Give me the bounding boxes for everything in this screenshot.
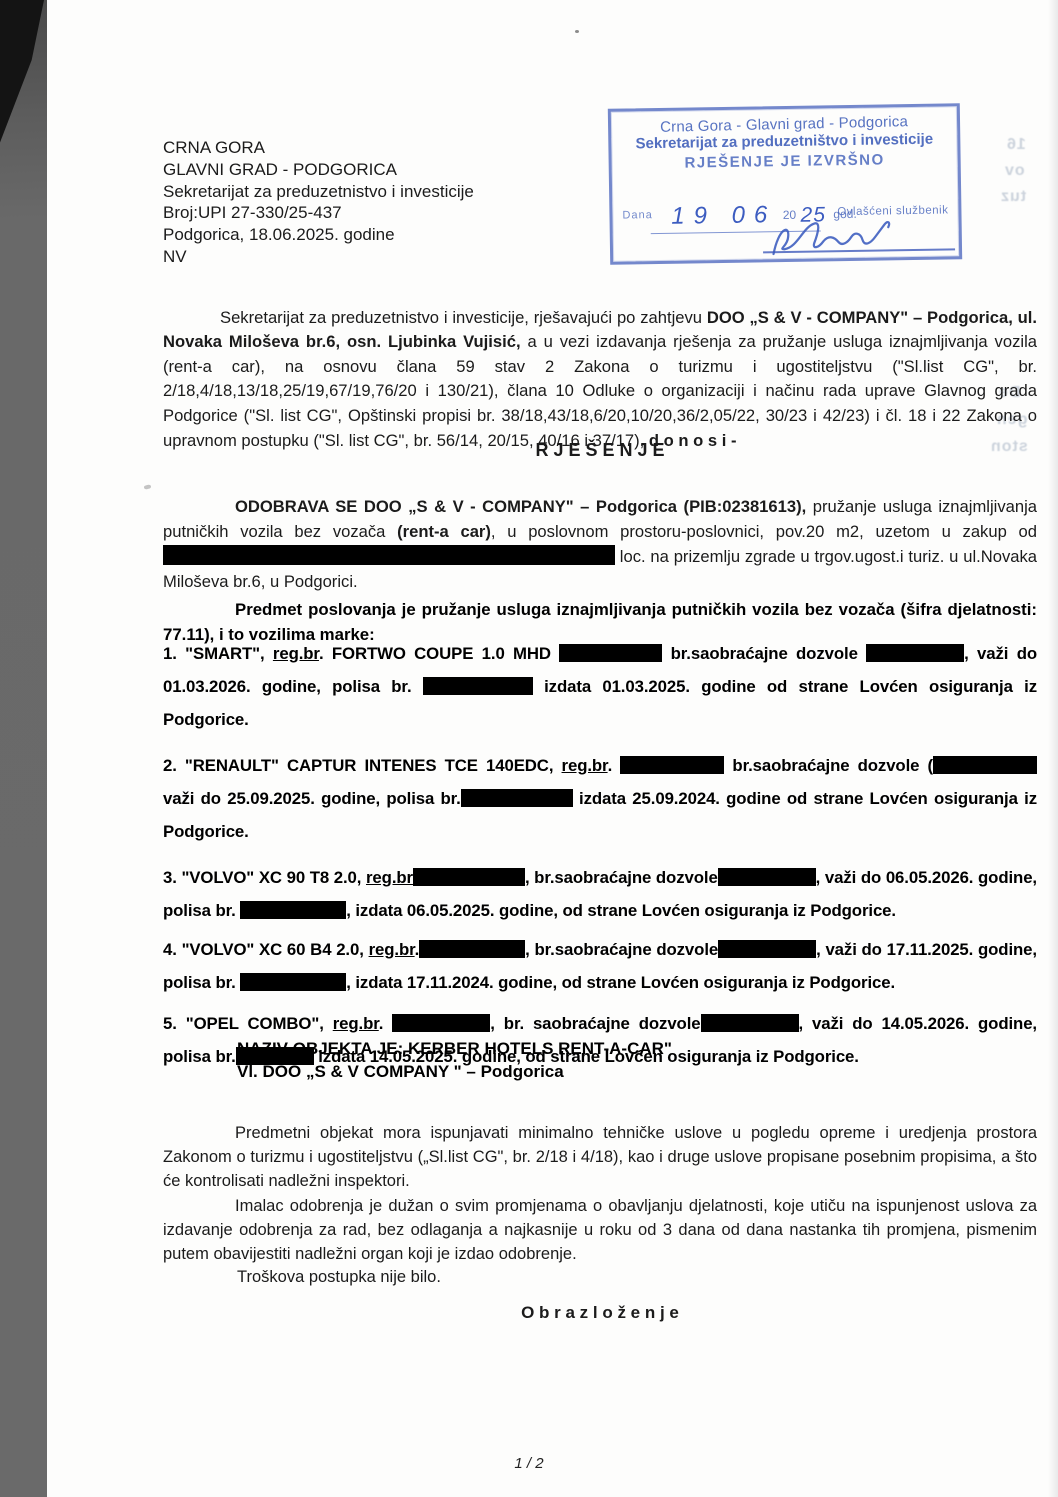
vehicle-item-4: 4. "VOLVO" XC 60 B4 2.0, reg.br., br.sao…	[163, 933, 1037, 999]
text-segment: važi do 25.09.2025. godine, polisa br.	[163, 789, 461, 808]
text-segment: 4. "VOLVO" XC 60 B4 2.0,	[163, 940, 369, 959]
text-segment: , izdata 17.11.2024. godine, od strane L…	[346, 973, 895, 992]
redaction-bar	[461, 789, 573, 807]
letterhead-city: GLAVNI GRAD - PODGORICA	[163, 159, 474, 181]
redaction-bar	[240, 901, 346, 919]
text-segment: , u poslovnom prostoru-poslovnici, pov.2…	[491, 522, 1037, 541]
redaction-bar	[413, 868, 525, 886]
text-segment: .	[379, 1014, 393, 1033]
conditions-paragraphs: Predmetni objekat mora ispunjavati minim…	[163, 1121, 1037, 1266]
letterhead-case-number: Broj:UPI 27-330/25-437	[163, 202, 474, 224]
redaction-bar	[866, 644, 964, 662]
redaction-bar	[701, 1014, 799, 1032]
redaction-bar	[559, 644, 662, 662]
text-segment: , br.saobraćajne dozvole	[525, 868, 718, 887]
object-name-line: NAZIV OBJEKTA JE: KERBER HOTELS RENT-A-C…	[237, 1038, 672, 1061]
text-segment: reg.br	[562, 756, 608, 775]
obrazlozenje-heading: O b r a z l o ž e n j e	[163, 1303, 1037, 1323]
redaction-bar	[392, 1014, 490, 1032]
text-segment: 2. "RENAULT" CAPTUR INTENES TCE 140EDC,	[163, 756, 562, 775]
vehicle-item-1: 1. "SMART", reg.br. FORTWO COUPE 1.0 MHD…	[163, 637, 1037, 736]
signature	[758, 210, 955, 265]
redaction-bar	[718, 868, 816, 886]
scan-speck	[144, 484, 152, 489]
letterhead: CRNA GORA GLAVNI GRAD - PODGORICA Sekret…	[163, 137, 474, 268]
text-segment: .	[608, 756, 621, 775]
letterhead-secretariat: Sekretarijat za preduzetnistvo i investi…	[163, 181, 474, 203]
intro-paragraph: Sekretarijat za preduzetnistvo i investi…	[163, 306, 1037, 454]
text-segment: . FORTWO COUPE 1.0 MHD	[319, 644, 559, 663]
redaction-bar	[240, 973, 346, 991]
text-segment: , izdata 06.05.2025. godine, od strane L…	[346, 901, 896, 920]
text-segment: br.saobraćajne dozvole (	[724, 756, 933, 775]
costs-line: Troškova postupka nije bilo.	[237, 1268, 441, 1287]
text-segment: ODOBRAVA SE DOO „S & V - COMPANY" – Podg…	[235, 497, 806, 516]
letterhead-initials: NV	[163, 246, 474, 268]
stamp-status-line: RJEŠENJE JE IZVRŠNO	[612, 150, 958, 172]
page-number: 1 / 2	[0, 1455, 1058, 1472]
redaction-bar	[620, 756, 724, 774]
redaction-bar	[163, 545, 615, 565]
text-segment: 1. "SMART",	[163, 644, 273, 663]
scan-speck	[575, 30, 579, 33]
redaction-bar	[419, 940, 525, 958]
bleedthrough-text: ov	[1004, 162, 1025, 180]
redaction-bar	[933, 756, 1037, 774]
letterhead-country: CRNA GORA	[163, 137, 474, 159]
bleedthrough-text: tuz	[1000, 188, 1026, 206]
text-segment: reg.br	[273, 644, 319, 663]
text-segment: (rent-a car)	[397, 522, 491, 541]
odobrava-paragraph: ODOBRAVA SE DOO „S & V - COMPANY" – Podg…	[163, 494, 1037, 595]
object-owner-line: Vl. DOO „S & V COMPANY " – Podgorica	[237, 1061, 672, 1084]
stamp-date-label: Dana	[622, 209, 652, 221]
redaction-bar	[718, 940, 816, 958]
text-segment: reg.br	[366, 868, 413, 887]
text-segment: , br. saobraćajne dozvole	[490, 1014, 700, 1033]
text-segment: , br.saobraćajne dozvole	[525, 940, 718, 959]
scan-right-shadow	[1048, 0, 1058, 1497]
text-segment: br.saobraćajne dozvole	[662, 644, 866, 663]
vehicle-item-2: 2. "RENAULT" CAPTUR INTENES TCE 140EDC, …	[163, 749, 1037, 848]
object-name-block: NAZIV OBJEKTA JE: KERBER HOTELS RENT-A-C…	[237, 1038, 672, 1083]
text-segment: Sekretarijat za preduzetnistvo i investi…	[220, 308, 707, 327]
vehicle-item-3: 3. "VOLVO" XC 90 T8 2.0, reg.br, br.saob…	[163, 861, 1037, 927]
conditions-paragraph: Predmetni objekat mora ispunjavati minim…	[163, 1121, 1037, 1194]
scanned-document-page: 16 ov tuz De gen ston CRNA GORA GLAVNI G…	[0, 0, 1058, 1497]
scan-edge-strip	[0, 0, 47, 1497]
vehicle-list: 1. "SMART", reg.br. FORTWO COUPE 1.0 MHD…	[163, 637, 1037, 1086]
text-segment: 5. "OPEL COMBO",	[163, 1014, 333, 1033]
stamp-rjesenje-je-izvrsno: Crna Gora - Glavni grad - Podgorica Sekr…	[608, 103, 962, 265]
text-segment: reg.br	[333, 1014, 379, 1033]
bleedthrough-text: 16	[1006, 136, 1026, 154]
text-segment: 3. "VOLVO" XC 90 T8 2.0,	[163, 868, 366, 887]
text-segment: reg.br	[369, 940, 415, 959]
redaction-bar	[423, 677, 533, 695]
holder-obligation-paragraph: Imalac odobrenja je dužan o svim promjen…	[163, 1194, 1037, 1267]
letterhead-date: Podgorica, 18.06.2025. godine	[163, 224, 474, 246]
rjesenje-heading: R J E Š E N J E	[163, 440, 1037, 461]
